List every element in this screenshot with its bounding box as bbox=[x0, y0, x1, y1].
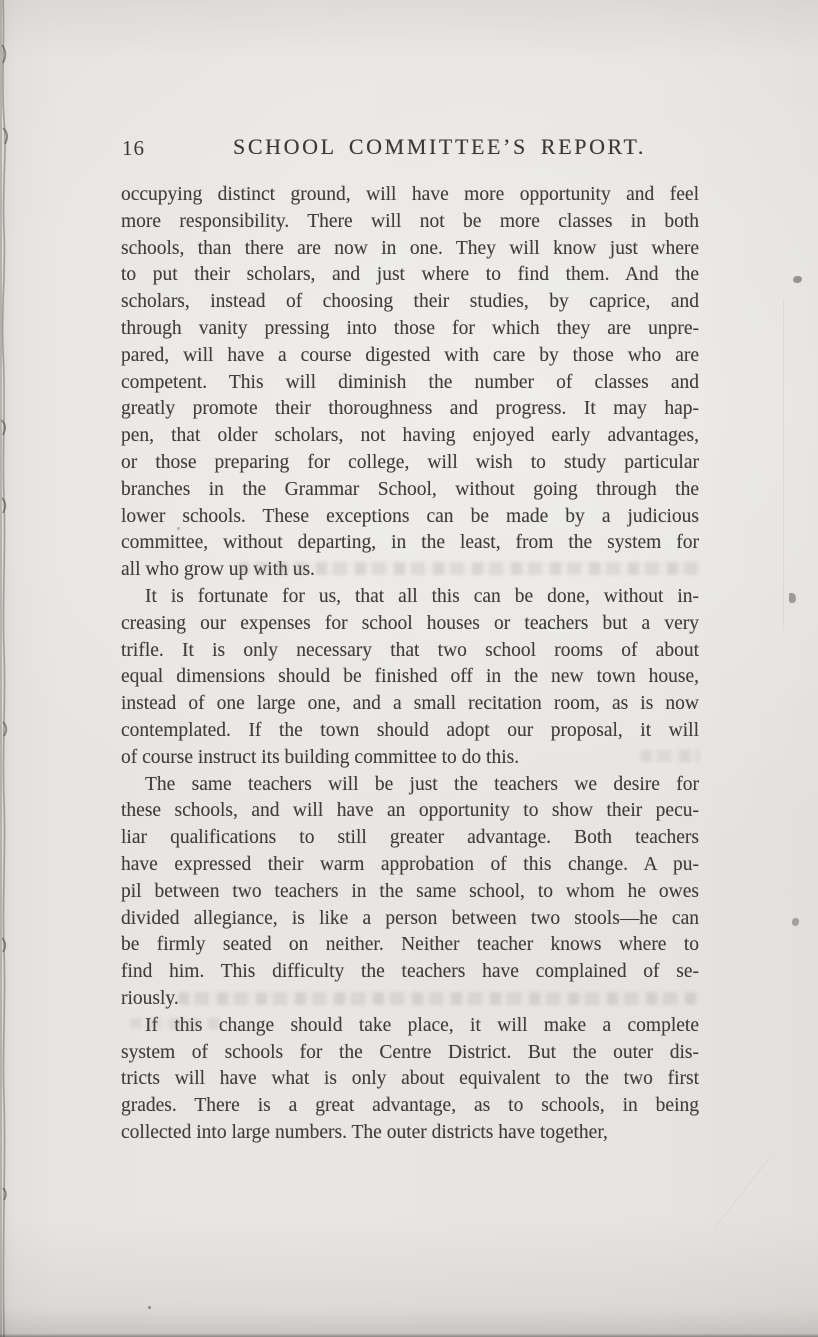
text-line: The same teachers will be just the teach… bbox=[121, 772, 699, 799]
body-text: occupying distinct ground, will have mor… bbox=[121, 182, 699, 1147]
text-line: grades. There is a great advantage, as t… bbox=[121, 1093, 699, 1120]
text-line: equal dimensions should be finished off … bbox=[121, 664, 699, 691]
running-head: 16 SCHOOL COMMITTEE’S REPORT. bbox=[121, 134, 700, 164]
text-line: divided allegiance, is like a person bet… bbox=[121, 906, 699, 933]
text-line: instead of one large one, and a small re… bbox=[121, 691, 699, 718]
paper-crease bbox=[713, 1157, 770, 1229]
text-line: trifle. It is only necessary that two sc… bbox=[121, 638, 699, 665]
paper-speck bbox=[148, 1306, 151, 1309]
text-line: schools, than there are now in one. They… bbox=[121, 236, 699, 263]
text-line: be firmly seated on neither. Neither tea… bbox=[121, 932, 699, 959]
text-line: pared, will have a course digested with … bbox=[121, 343, 699, 370]
text-line: scholars, instead of choosing their stud… bbox=[121, 289, 699, 316]
text-line: committee, without departing, in the lea… bbox=[121, 530, 699, 557]
text-line: greatly promote their thoroughness and p… bbox=[121, 396, 699, 423]
text-line: creasing our expenses for school houses … bbox=[121, 611, 699, 638]
text-line: branches in the Grammar School, without … bbox=[121, 477, 699, 504]
paper-shading-top bbox=[0, 0, 818, 60]
text-line: If this change should take place, it wil… bbox=[121, 1013, 699, 1040]
paragraph: The same teachers will be just the teach… bbox=[121, 772, 699, 1013]
text-line: these schools, and will have an opportun… bbox=[121, 798, 699, 825]
paragraph: If this change should take place, it wil… bbox=[121, 1013, 699, 1147]
text-line: collected into large numbers. The outer … bbox=[121, 1120, 699, 1147]
scanned-book-page: 16 SCHOOL COMMITTEE’S REPORT. occupying … bbox=[0, 0, 818, 1337]
text-line: contemplated. If the town should adopt o… bbox=[121, 718, 699, 745]
text-line: find him. This difficulty the teachers h… bbox=[121, 959, 699, 986]
text-line: all who grow up with us. bbox=[121, 557, 699, 584]
text-line: to put their scholars, and just where to… bbox=[121, 262, 699, 289]
paper-crease bbox=[782, 300, 784, 630]
text-line: liar qualifications to still greater adv… bbox=[121, 825, 699, 852]
text-line: system of schools for the Centre Distric… bbox=[121, 1040, 699, 1067]
text-line: have expressed their warm approbation of… bbox=[121, 852, 699, 879]
text-line: competent. This will diminish the number… bbox=[121, 370, 699, 397]
text-line: pil between two teachers in the same sch… bbox=[121, 879, 699, 906]
paper-speck bbox=[789, 593, 796, 603]
paragraph: It is fortunate for us, that all this ca… bbox=[121, 584, 699, 772]
paragraph: occupying distinct ground, will have mor… bbox=[121, 182, 699, 584]
text-line: of course instruct its building committe… bbox=[121, 745, 699, 772]
text-line: lower schools. These exceptions can be m… bbox=[121, 504, 699, 531]
text-line: through vanity pressing into those for w… bbox=[121, 316, 699, 343]
page-title: SCHOOL COMMITTEE’S REPORT. bbox=[233, 134, 646, 160]
text-line: pen, that older scholars, not having enj… bbox=[121, 423, 699, 450]
text-line: occupying distinct ground, will have mor… bbox=[121, 182, 699, 209]
paper-speck bbox=[792, 918, 799, 926]
paper-shading-bottom bbox=[0, 1217, 818, 1337]
text-line: or those preparing for college, will wis… bbox=[121, 450, 699, 477]
text-line: It is fortunate for us, that all this ca… bbox=[121, 584, 699, 611]
text-line: tricts will have what is only about equi… bbox=[121, 1066, 699, 1093]
page-number: 16 bbox=[122, 136, 145, 161]
paper-speck bbox=[793, 276, 802, 283]
page-left-edge bbox=[0, 0, 22, 1337]
text-line: more responsibility. There will not be m… bbox=[121, 209, 699, 236]
text-line: riously. bbox=[121, 986, 699, 1013]
